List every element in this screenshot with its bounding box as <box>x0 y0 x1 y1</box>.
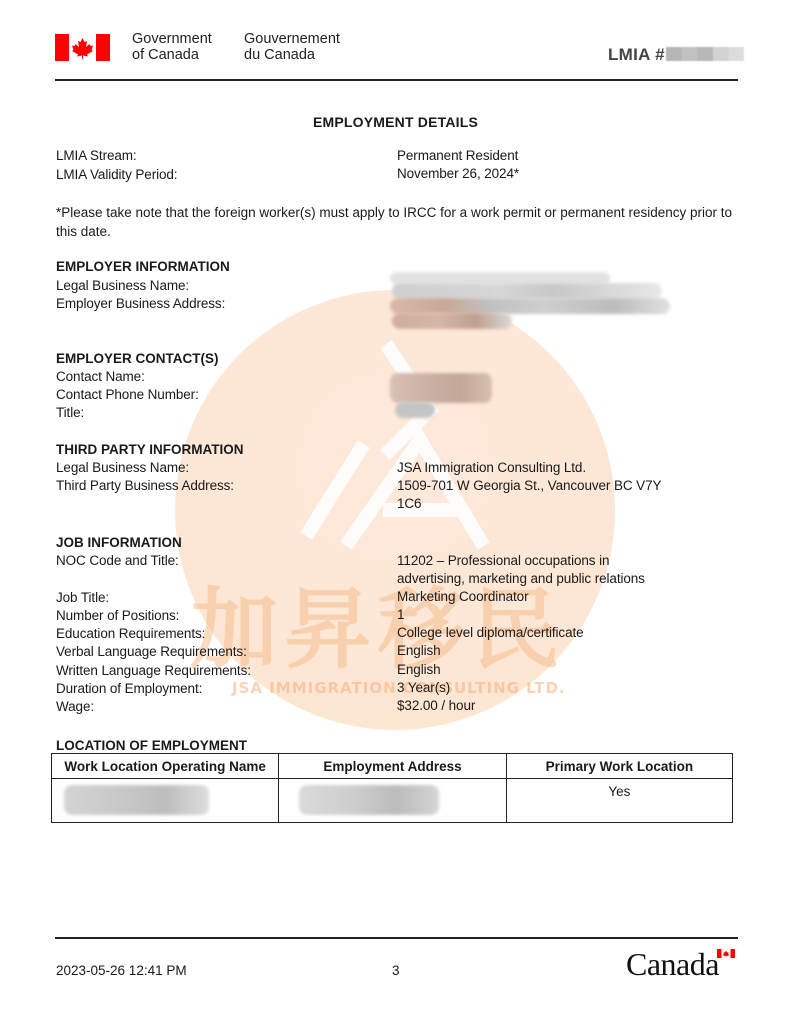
column-operating-name: Work Location Operating Name <box>52 754 279 779</box>
noc-code-label: NOC Code and Title: <box>56 552 179 570</box>
third-party-address-label: Third Party Business Address: <box>56 477 234 495</box>
lmia-validity-value: November 26, 2024* <box>397 165 519 183</box>
employer-information-heading: EMPLOYER INFORMATION <box>56 258 230 276</box>
verbal-language-value: English <box>397 642 441 660</box>
contact-name-label: Contact Name: <box>56 368 145 386</box>
duration-value: 3 Year(s) <box>397 679 450 697</box>
redacted-employer-address-line2 <box>392 313 512 329</box>
contact-phone-label: Contact Phone Number: <box>56 386 199 404</box>
redacted-employment-address <box>299 785 439 815</box>
gov-fr-line2: du Canada <box>244 47 340 63</box>
noc-code-value-line2: advertising, marketing and public relati… <box>397 570 645 588</box>
cell-employment-address <box>279 779 506 823</box>
noc-code-value-line1: 11202 – Professional occupations in <box>397 552 609 570</box>
employer-address-label: Employer Business Address: <box>56 295 225 313</box>
employer-contacts-heading: EMPLOYER CONTACT(S) <box>56 350 219 368</box>
lmia-stream-label: LMIA Stream: <box>56 147 137 165</box>
footer-divider <box>55 937 738 939</box>
duration-label: Duration of Employment: <box>56 680 202 698</box>
watermark-logo-icon <box>280 330 520 550</box>
positions-value: 1 <box>397 606 404 624</box>
government-of-canada-wordmark: Government of Canada <box>132 31 212 63</box>
third-party-name-value: JSA Immigration Consulting Ltd. <box>397 459 586 477</box>
contact-title-label: Title: <box>56 404 84 422</box>
canada-wordmark-flag-icon <box>717 949 735 958</box>
table-header-row: Work Location Operating Name Employment … <box>52 754 733 779</box>
education-value: College level diploma/certificate <box>397 624 584 642</box>
written-language-label: Written Language Requirements: <box>56 662 251 680</box>
gov-en-line1: Government <box>132 31 212 47</box>
page-title: EMPLOYMENT DETAILS <box>0 114 791 130</box>
gov-fr-line1: Gouvernement <box>244 31 340 47</box>
job-title-value: Marketing Coordinator <box>397 588 528 606</box>
verbal-language-label: Verbal Language Requirements: <box>56 643 247 661</box>
lmia-validity-label: LMIA Validity Period: <box>56 166 177 184</box>
lmia-number-label: LMIA # <box>608 45 665 64</box>
third-party-heading: THIRD PARTY INFORMATION <box>56 441 244 459</box>
gouvernement-du-canada-wordmark: Gouvernement du Canada <box>244 31 340 63</box>
column-primary-location: Primary Work Location <box>506 754 732 779</box>
education-label: Education Requirements: <box>56 625 205 643</box>
lmia-number: LMIA # <box>608 45 744 65</box>
validity-note: *Please take note that the foreign worke… <box>56 203 736 241</box>
lmia-number-redacted <box>666 47 744 61</box>
wage-value: $32.00 / hour <box>397 697 475 715</box>
positions-label: Number of Positions: <box>56 607 179 625</box>
redacted-contact-title <box>395 402 435 418</box>
redacted-employer-address-line1 <box>390 298 670 314</box>
cell-operating-name <box>52 779 279 823</box>
job-title-label: Job Title: <box>56 589 109 607</box>
legal-business-name-label: Legal Business Name: <box>56 277 189 295</box>
redacted-contact-name-phone <box>390 373 492 403</box>
canada-flag-icon <box>55 34 110 61</box>
location-table: Work Location Operating Name Employment … <box>51 753 733 823</box>
lmia-stream-value: Permanent Resident <box>397 147 518 165</box>
footer-timestamp: 2023-05-26 12:41 PM <box>56 963 187 978</box>
job-information-heading: JOB INFORMATION <box>56 534 182 552</box>
table-row: Yes <box>52 779 733 823</box>
written-language-value: English <box>397 661 441 679</box>
redacted-employer-name <box>392 283 662 299</box>
canada-wordmark: Canada <box>626 946 719 983</box>
third-party-address-line1: 1509-701 W Georgia St., Vancouver BC V7Y <box>397 477 661 495</box>
wage-label: Wage: <box>56 698 94 716</box>
page-number: 3 <box>392 963 400 978</box>
third-party-address-line2: 1C6 <box>397 495 421 513</box>
gov-en-line2: of Canada <box>132 47 212 63</box>
column-employment-address: Employment Address <box>279 754 506 779</box>
cell-primary-location: Yes <box>506 779 732 823</box>
redacted-operating-name <box>64 785 209 815</box>
third-party-name-label: Legal Business Name: <box>56 459 189 477</box>
header-divider <box>55 79 738 81</box>
